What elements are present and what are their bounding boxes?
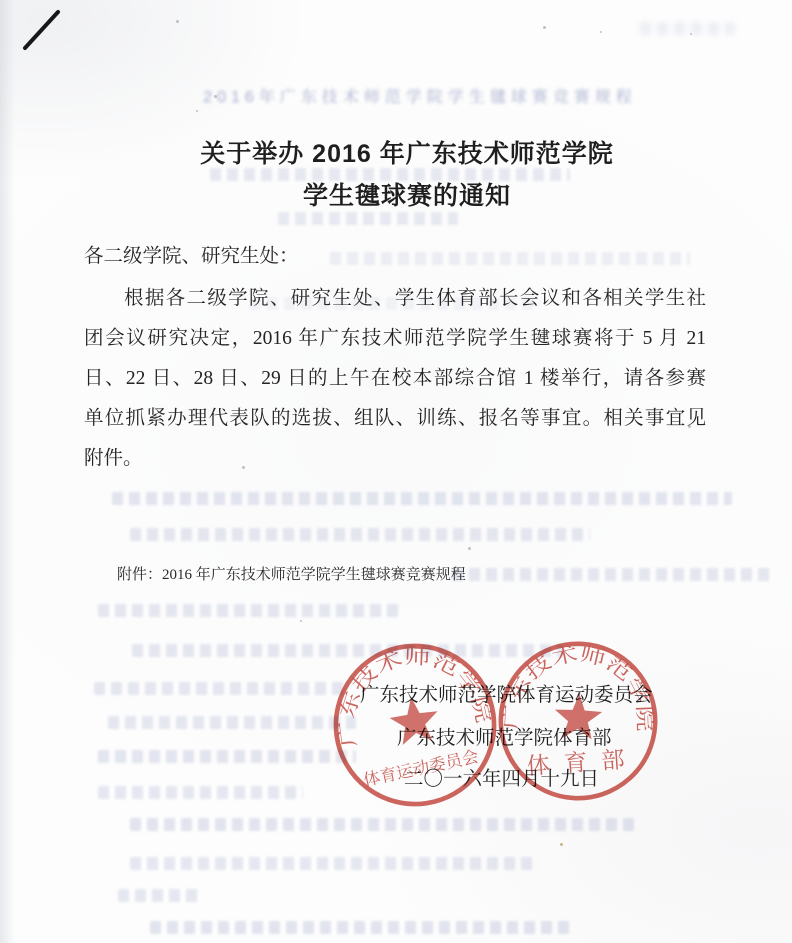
body-line: 日、22 日、28 日、29 日的上午在校本部综合馆 1 楼举行，请各参赛 (84, 367, 706, 391)
bleed-through-smudge (150, 921, 570, 934)
bleed-through-smudge (130, 857, 535, 870)
pen-slash-mark (16, 4, 70, 56)
scan-speck (214, 95, 217, 98)
bleed-through-smudge (108, 716, 356, 729)
body-line: 附件。 (84, 447, 706, 471)
attachment-line: 附件：2016 年广东技术师范学院学生毽球赛竞赛规程 (117, 563, 466, 584)
scan-speck (196, 110, 198, 112)
body-line: 根据各二级学院、研究生处、学生体育部长会议和各相关学生社 (84, 287, 706, 311)
bleed-through-smudge (130, 528, 590, 541)
seal-star-icon (387, 694, 441, 746)
scan-speck (176, 20, 179, 23)
scan-speck (690, 33, 692, 35)
seal-star-icon (553, 692, 603, 739)
bleed-through-smudge (130, 818, 635, 831)
bleed-through-smudge (98, 750, 356, 763)
bleed-through-smudge (94, 682, 349, 695)
bleed-through-title: 2016年广东技术师范学院学生毽球赛竞赛规程 (140, 84, 700, 107)
bleed-through-smudge (640, 22, 735, 35)
bleed-through-smudge (98, 604, 398, 617)
scan-speck (300, 620, 302, 622)
scan-speck (543, 26, 546, 29)
scan-speck (600, 31, 602, 33)
bleed-through-smudge (112, 492, 732, 505)
salutation: 各二级学院、研究生处： (84, 245, 706, 269)
notice-title-line2: 学生毽球赛的通知 (0, 176, 792, 212)
notice-title-line1: 关于举办 2016 年广东技术师范学院 (0, 134, 792, 170)
seal-sports-committee: 广东技术师范学院 体育运动委员会 (319, 629, 511, 821)
scan-speck (468, 547, 471, 550)
body-line: 单位抓紧办理代表队的选拔、组队、训练、报名等事宜。相关事宜见 (84, 407, 706, 431)
scanned-notice-page: 2016年广东技术师范学院学生毽球赛竞赛规程 关于举办 2016 年广东技术师范… (0, 0, 792, 943)
seal-pe-department: 广东技术师范学院 体育部 (491, 634, 665, 808)
seal-bottom-text: 体育运动委员会 (362, 747, 481, 790)
body-line: 团会议研究决定，2016 年广东技术师范学院学生毽球赛将于 5 月 21 (84, 327, 706, 351)
bleed-through-smudge (98, 786, 303, 799)
scan-speck (560, 843, 563, 846)
bleed-through-smudge (452, 568, 772, 581)
bleed-through-smudge (278, 212, 458, 225)
bleed-through-smudge (118, 889, 203, 902)
seal-bottom-text: 体育部 (526, 747, 626, 780)
